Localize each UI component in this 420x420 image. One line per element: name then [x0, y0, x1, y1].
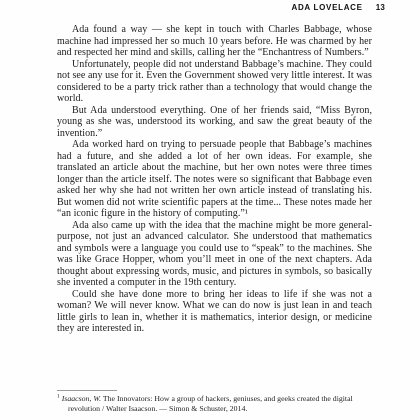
- paragraph-2: Unfortunately, people did not understand…: [57, 59, 372, 105]
- body-text: Ada found a way — she kept in touch with…: [57, 24, 372, 335]
- footnote-area: 1 Isaacson, W. The Innovators: How a gro…: [57, 390, 357, 413]
- running-title: ADA LOVELACE: [291, 3, 362, 12]
- page-number: 13: [376, 3, 385, 12]
- footnote-marker: 1: [57, 393, 60, 399]
- paragraph-4: Ada worked hard on trying to persuade pe…: [57, 139, 372, 220]
- paragraph-6: Could she have done more to bring her id…: [57, 289, 372, 335]
- paragraph-3: But Ada understood everything. One of he…: [57, 105, 372, 140]
- book-page: ADA LOVELACE 13 Ada found a way — she ke…: [0, 0, 420, 420]
- running-header: ADA LOVELACE 13: [291, 3, 385, 12]
- paragraph-5: Ada also came up with the idea that the …: [57, 220, 372, 289]
- paragraph-1: Ada found a way — she kept in touch with…: [57, 24, 372, 59]
- footnote-separator: [57, 390, 117, 391]
- footnote-author: Isaacson, W.: [62, 394, 101, 403]
- footnote: 1 Isaacson, W. The Innovators: How a gro…: [57, 394, 357, 413]
- footnote-text: The Innovators: How a group of hackers, …: [68, 394, 353, 413]
